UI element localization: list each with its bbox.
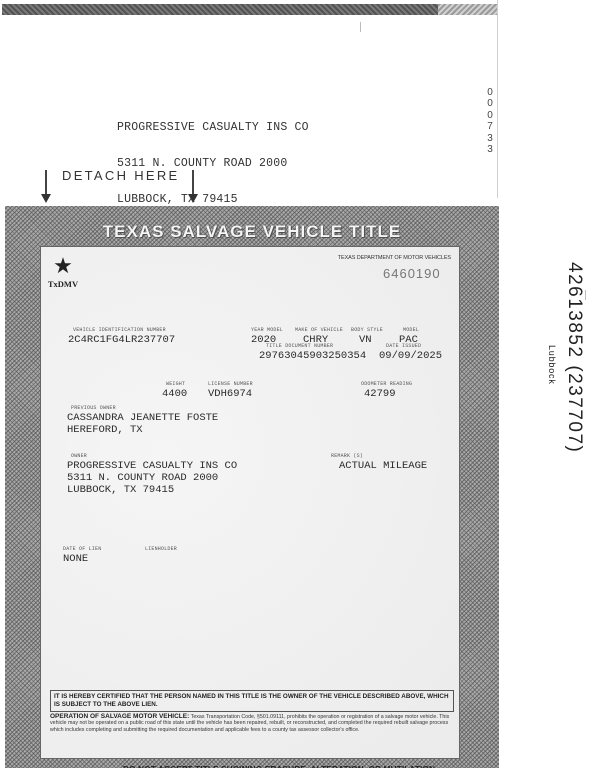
control-number: 6460190 (383, 266, 441, 281)
previous-owner-city: HEREFORD, TX (67, 425, 143, 437)
odometer-label: ODOMETER READING (361, 381, 412, 387)
vin-label: VEHICLE IDENTIFICATION NUMBER (73, 327, 166, 333)
star-icon: ★ (46, 257, 80, 279)
side-code-digit: 0 (484, 110, 496, 121)
detach-label: DETACH HERE (62, 168, 180, 183)
arrow-down-icon (188, 170, 198, 204)
title-panel: ★ TxDMV TEXAS DEPARTMENT OF MOTOR VEHICL… (40, 246, 460, 759)
odometer-value: 42799 (364, 389, 396, 401)
side-code-digit: 0 (484, 98, 496, 109)
owner-street: 5311 N. COUNTY ROAD 2000 (67, 473, 218, 485)
certification-statement: IT IS HEREBY CERTIFIED THAT THE PERSON N… (50, 690, 454, 712)
year-model-label: YEAR MODEL (251, 327, 283, 333)
side-code-digit: 3 (484, 133, 496, 144)
date-of-lien-label: DATE OF LIEN (63, 546, 101, 552)
side-code-digit: 3 (484, 144, 496, 155)
title-banner: TEXAS SALVAGE VEHICLE TITLE (5, 222, 499, 242)
mailing-address: PROGRESSIVE CASUALTY INS CO 5311 N. COUN… (117, 98, 309, 218)
body-style-label: BODY STYLE (351, 327, 383, 333)
arrow-down-icon (41, 170, 51, 204)
license-number-label: LICENSE NUMBER (208, 381, 253, 387)
side-code-digit: 7 (484, 121, 496, 132)
body-style-value: VN (359, 335, 372, 347)
lienholder-label: LIENHOLDER (145, 546, 177, 552)
owner-label: OWNER (71, 453, 87, 459)
date-of-lien-value: NONE (63, 554, 88, 566)
previous-owner-label: PREVIOUS OWNER (71, 405, 116, 411)
date-issued-label: DATE ISSUED (386, 343, 421, 349)
title-doc-number-label: TITLE DOCUMENT NUMBER (266, 343, 333, 349)
scan-mark (585, 290, 586, 300)
owner-city: LUBBOCK, TX 79415 (67, 485, 174, 497)
license-number-value: VDH6974 (208, 389, 252, 401)
scan-mark (360, 22, 361, 32)
perforation-line (497, 0, 498, 198)
side-code: 0 0 0 7 3 3 (484, 87, 496, 155)
notice-heading: OPERATION OF SALVAGE MOTOR VEHICLE: (50, 713, 189, 720)
warning-text: DO NOT ACCEPT TITLE SHOWING ERASURE, ALT… (123, 764, 438, 768)
salvage-operation-notice: OPERATION OF SALVAGE MOTOR VEHICLE: Texa… (50, 714, 452, 733)
side-code-digit: 0 (484, 87, 496, 98)
weight-label: WEIGHT (166, 381, 185, 387)
remarks-label: REMARK (S) (331, 453, 363, 459)
top-border-strip-extension (438, 4, 498, 15)
mailing-address-line1: PROGRESSIVE CASUALTY INS CO (117, 122, 309, 134)
salvage-title-document: TEXAS SALVAGE VEHICLE TITLE ★ TxDMV TEXA… (5, 206, 499, 768)
stamp-number: 42613852 (237707) (563, 262, 585, 453)
title-doc-number-value: 29763045903250354 (259, 351, 366, 363)
stamp-location: Lubbock (547, 345, 557, 385)
previous-owner-name: CASSANDRA JEANETTE FOSTE (67, 413, 218, 425)
logo-text: TxDMV (46, 279, 80, 289)
mailing-address-line3: LUBBOCK, TX 79415 (117, 194, 309, 206)
top-border-strip (2, 4, 438, 15)
model-label: MODEL (403, 327, 419, 333)
make-label: MAKE OF VEHICLE (295, 327, 343, 333)
remarks-value: ACTUAL MILEAGE (339, 461, 427, 473)
owner-name: PROGRESSIVE CASUALTY INS CO (67, 461, 237, 473)
weight-value: 4400 (162, 389, 187, 401)
date-issued-value: 09/09/2025 (379, 351, 442, 363)
department-name: TEXAS DEPARTMENT OF MOTOR VEHICLES (338, 255, 451, 261)
txdmv-logo: ★ TxDMV (46, 257, 80, 289)
vin-value: 2C4RC1FG4LR237707 (68, 335, 175, 347)
